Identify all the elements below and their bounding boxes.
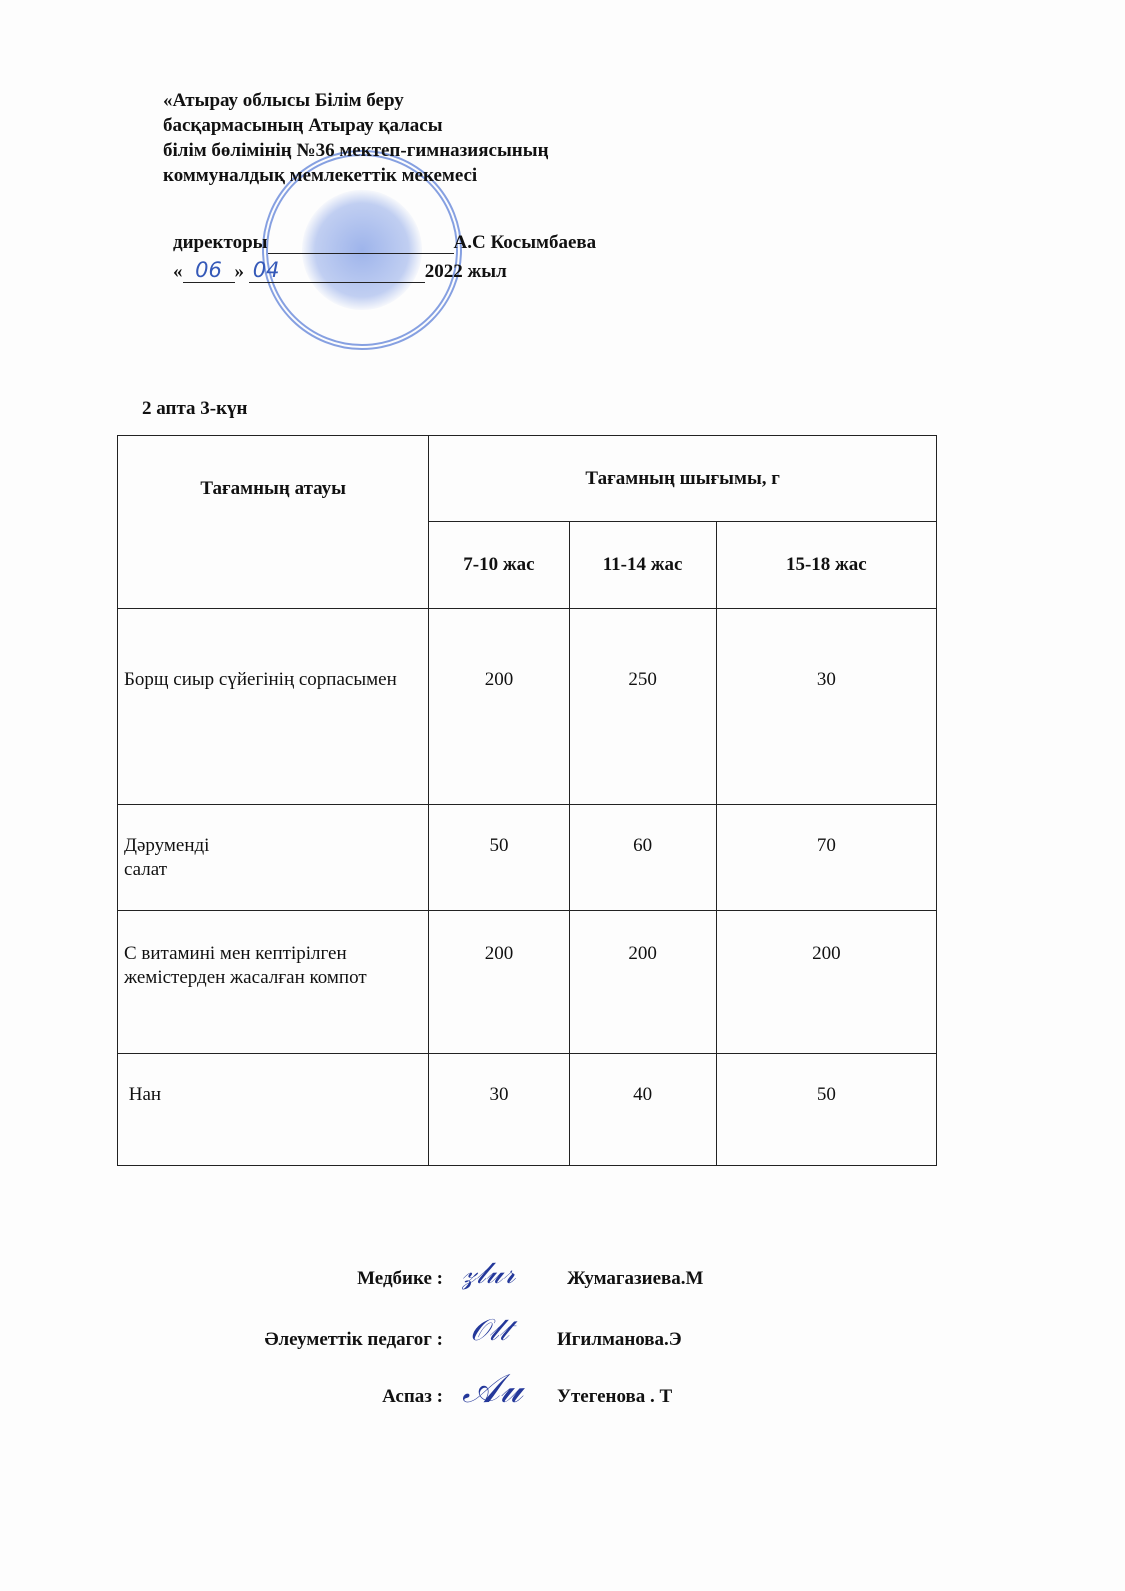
- quote-close: »: [235, 261, 245, 282]
- signature-name: Утегенова . Т: [557, 1386, 672, 1408]
- table-row: Борщ сиыр сүйегінің сорпасымен 200 250 3…: [118, 609, 937, 805]
- dish-name: Борщ сиыр сүйегінің сорпасымен: [118, 609, 429, 805]
- approval-block: «Атырау облысы Білім беру басқармасының …: [163, 88, 549, 188]
- date-line: «06» 042022 жыл: [173, 258, 507, 283]
- header-age-group: 15-18 жас: [716, 522, 936, 609]
- approval-line: коммуналдық мемлекеттік мекемесі: [163, 163, 549, 188]
- dish-value: 200: [429, 911, 569, 1054]
- director-line: директорыА.С Косымбаева: [173, 232, 596, 254]
- approval-line: білім бөлімінің №36 мектеп-гимназиясының: [163, 138, 549, 163]
- table-row: Дәруменді салат 50 60 70: [118, 805, 937, 911]
- signature-name: Жумагазиева.М: [567, 1268, 704, 1290]
- dish-value: 30: [716, 609, 936, 805]
- dish-value: 70: [716, 805, 936, 911]
- dish-value: 50: [429, 805, 569, 911]
- dish-value: 200: [716, 911, 936, 1054]
- dish-value: 30: [429, 1054, 569, 1166]
- dish-value: 200: [429, 609, 569, 805]
- header-output: Тағамның шығымы, г: [429, 436, 937, 522]
- approval-line: басқармасының Атырау қаласы: [163, 113, 549, 138]
- menu-table: Тағамның атауы Тағамның шығымы, г 7-10 ж…: [117, 435, 937, 1166]
- handwritten-signature-icon: 𝒜𝓊: [462, 1366, 522, 1412]
- signature-role: Аспаз :: [382, 1386, 443, 1408]
- signature-role: Медбике :: [357, 1268, 443, 1290]
- table-row: С витамині мен кептірілген жемістерден ж…: [118, 911, 937, 1054]
- dish-value: 60: [569, 805, 716, 911]
- header-dish-name: Тағамның атауы: [118, 436, 429, 609]
- date-month: 04: [249, 258, 425, 283]
- week-day-title: 2 апта 3-күн: [142, 398, 247, 420]
- header-age-group: 11-14 жас: [569, 522, 716, 609]
- dish-value: 40: [569, 1054, 716, 1166]
- dish-name: Дәруменді салат: [118, 805, 429, 911]
- dish-name: Нан: [118, 1054, 429, 1166]
- date-year: 2022 жыл: [425, 261, 507, 282]
- header-age-group: 7-10 жас: [429, 522, 569, 609]
- approval-line: «Атырау облысы Білім беру: [163, 88, 549, 113]
- dish-value: 250: [569, 609, 716, 805]
- handwritten-signature-icon: 𝒪𝓁𝓉: [470, 1313, 509, 1348]
- signature-role: Әлеуметтік педагог :: [264, 1329, 443, 1351]
- dish-name: С витамині мен кептірілген жемістерден ж…: [118, 911, 429, 1054]
- quote-open: «: [173, 261, 183, 282]
- date-day: 06: [183, 258, 235, 283]
- dish-value: 50: [716, 1054, 936, 1166]
- director-signature-line: [268, 233, 454, 254]
- dish-value: 200: [569, 911, 716, 1054]
- director-name: А.С Косымбаева: [454, 232, 597, 253]
- table-row: Нан 30 40 50: [118, 1054, 937, 1166]
- signature-name: Игилманова.Э: [557, 1329, 682, 1351]
- director-label: директоры: [173, 232, 268, 253]
- handwritten-signature-icon: 𝓏𝓁𝓊𝓇: [462, 1256, 515, 1291]
